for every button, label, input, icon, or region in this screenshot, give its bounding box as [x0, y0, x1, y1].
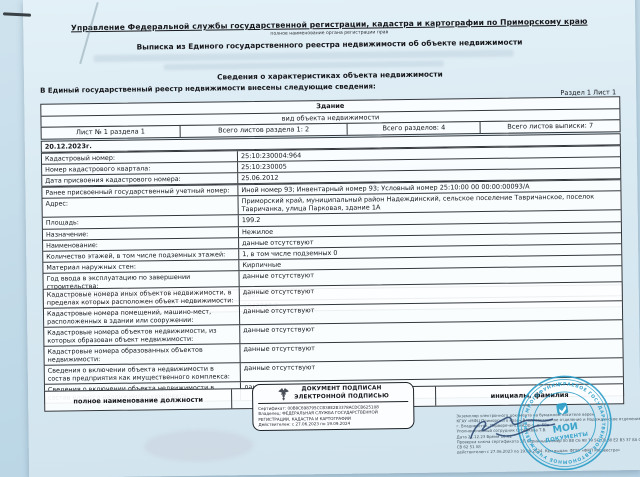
document-page: Управление Федеральной службы государств… — [23, 0, 640, 477]
sheet-info-cell: Всего листов выписки: 7 — [481, 120, 620, 132]
row-label: Кадастровые номера иных объектов недвижи… — [44, 287, 240, 308]
stamp-header: ДОКУМЕНТ ПОДПИСАН ЭЛЕКТРОННОЙ ПОДПИСЬЮ — [258, 385, 408, 404]
row-label: Адрес: — [43, 196, 239, 217]
bleed-through-stamp — [144, 429, 254, 462]
intro-line: В Единый государственный реестр недвижим… — [40, 82, 376, 94]
section-title: Сведения о характеристиках объекта недви… — [40, 67, 620, 84]
sheet-info-cell: Лист № 1 раздела 1 — [42, 126, 181, 138]
document-title: Выписка из Единого государственного реес… — [39, 36, 619, 53]
scan-crop-mark — [3, 12, 31, 16]
scanned-document-screen: Управление Федеральной службы государств… — [0, 0, 640, 477]
row-label: Сведения о включении объекта недвижимост… — [45, 363, 241, 384]
stamp-title-line2: ЭЛЕКТРОННОЙ ПОДПИСЬЮ — [294, 393, 389, 402]
row-label: Кадастровые номера образованных объектов… — [44, 344, 240, 365]
stamp-details: Сертификат: 00B8C698795CCB38E2B3378ACDCB… — [258, 404, 408, 427]
sheet-info-cell: Всего разделов: 4 — [348, 122, 481, 134]
position-caption: полное наименование должности — [45, 389, 232, 410]
sheet-info-cell: Всего листов раздела 1: 2 — [180, 124, 348, 137]
coat-of-arms-icon — [277, 387, 290, 402]
row-label: Кадастровые номера объектов недвижимости… — [44, 325, 240, 346]
row-label: Кадастровые номера помещений, машино-мес… — [44, 306, 240, 327]
bleed-through-mark — [164, 61, 444, 71]
digital-signature-stamp: ДОКУМЕНТ ПОДПИСАН ЭЛЕКТРОННОЙ ПОДПИСЬЮ С… — [252, 382, 415, 431]
certificate-validity: Действителен: с 27.06.2023 по 19.09.2024 — [258, 420, 408, 427]
stamp-title: ДОКУМЕНТ ПОДПИСАН ЭЛЕКТРОННОЙ ПОДПИСЬЮ — [294, 385, 389, 402]
handwritten-signature — [456, 407, 582, 449]
bleed-through-mark — [94, 50, 514, 62]
